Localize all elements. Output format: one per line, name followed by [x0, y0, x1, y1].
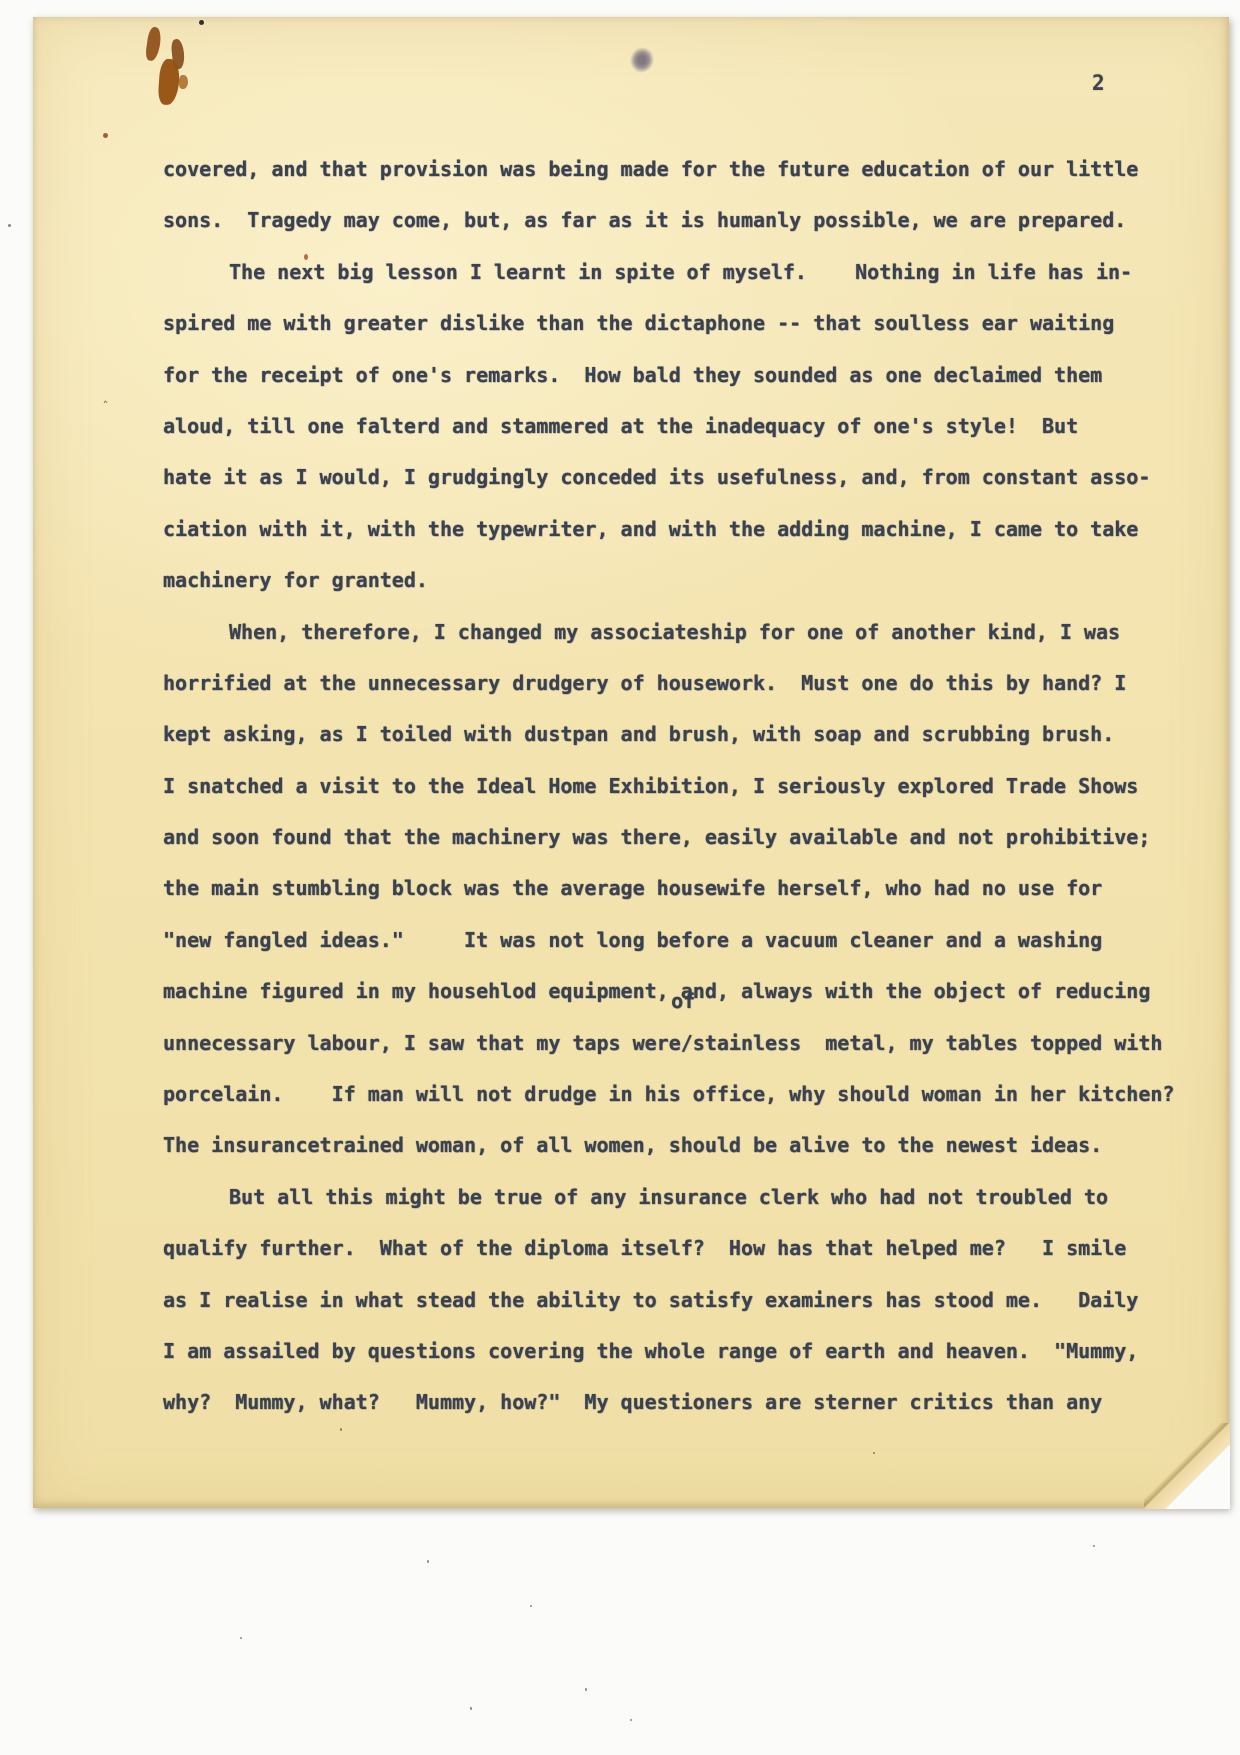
typed-line: ciation with it, with the typewriter, an…: [163, 504, 1193, 555]
typed-line: machinery for granted.: [163, 555, 1193, 606]
dust-speck: [470, 1707, 472, 1710]
typed-text-block: covered, and that provision was being ma…: [163, 144, 1193, 1429]
typed-line: aloud, till one falterd and stammered at…: [163, 401, 1193, 452]
typed-line: The insurancetrained woman, of all women…: [163, 1120, 1193, 1171]
ink-stain: [157, 58, 180, 105]
ink-speck: [199, 20, 204, 25]
dust-speck: [340, 1428, 342, 1431]
folded-corner: [1144, 1423, 1230, 1509]
ink-stain: [145, 26, 163, 61]
ink-stain: [179, 75, 188, 89]
typed-line: The next big lesson I learnt in spite of…: [163, 247, 1193, 298]
typed-line: sons. Tragedy may come, but, as far as i…: [163, 195, 1193, 246]
typed-line: covered, and that provision was being ma…: [163, 144, 1193, 195]
typed-line: and soon found that the machinery was th…: [163, 812, 1193, 863]
paper-sheet: ˆ 2 covered, and that provision was bein…: [33, 17, 1229, 1508]
typed-line: "new fangled ideas." It was not long bef…: [163, 915, 1193, 966]
dust-speck: [1093, 1545, 1095, 1547]
interline-insertion: of: [671, 991, 695, 1011]
page-number: 2: [1092, 71, 1105, 95]
typed-line: I am assailed by questions covering the …: [163, 1326, 1193, 1377]
typed-line: as I realise in what stead the ability t…: [163, 1275, 1193, 1326]
typed-line: spired me with greater dislike than the …: [163, 298, 1193, 349]
typed-line: the main stumbling block was the average…: [163, 863, 1193, 914]
typed-line: I snatched a visit to the Ideal Home Exh…: [163, 761, 1193, 812]
pencil-caret-mark: ˆ: [102, 401, 110, 415]
dust-speck: [240, 1637, 242, 1639]
typed-line: kept asking, as I toiled with dustpan an…: [163, 709, 1193, 760]
typed-line: hate it as I would, I grudgingly concede…: [163, 452, 1193, 503]
dust-speck: [530, 1605, 532, 1607]
typed-line: When, therefore, I changed my associates…: [163, 607, 1193, 658]
typed-line: for the receipt of one's remarks. How ba…: [163, 350, 1193, 401]
dust-speck: [427, 1560, 429, 1563]
typed-line: But all this might be true of any insura…: [163, 1172, 1193, 1223]
dust-speck: [585, 1688, 587, 1691]
ink-speck: [103, 133, 108, 138]
typed-line: horrified at the unnecessary drudgery of…: [163, 658, 1193, 709]
dust-speck: [630, 1719, 632, 1721]
ink-smudge: [627, 44, 657, 75]
dust-speck: [8, 224, 11, 227]
typed-line: unnecessary labour, I saw that my taps w…: [163, 1018, 1193, 1069]
typed-line: qualify further. What of the diploma its…: [163, 1223, 1193, 1274]
dust-speck: [873, 1452, 875, 1454]
typed-line: porcelain. If man will not drudge in his…: [163, 1069, 1193, 1120]
typed-line: why? Mummy, what? Mummy, how?" My questi…: [163, 1377, 1193, 1428]
